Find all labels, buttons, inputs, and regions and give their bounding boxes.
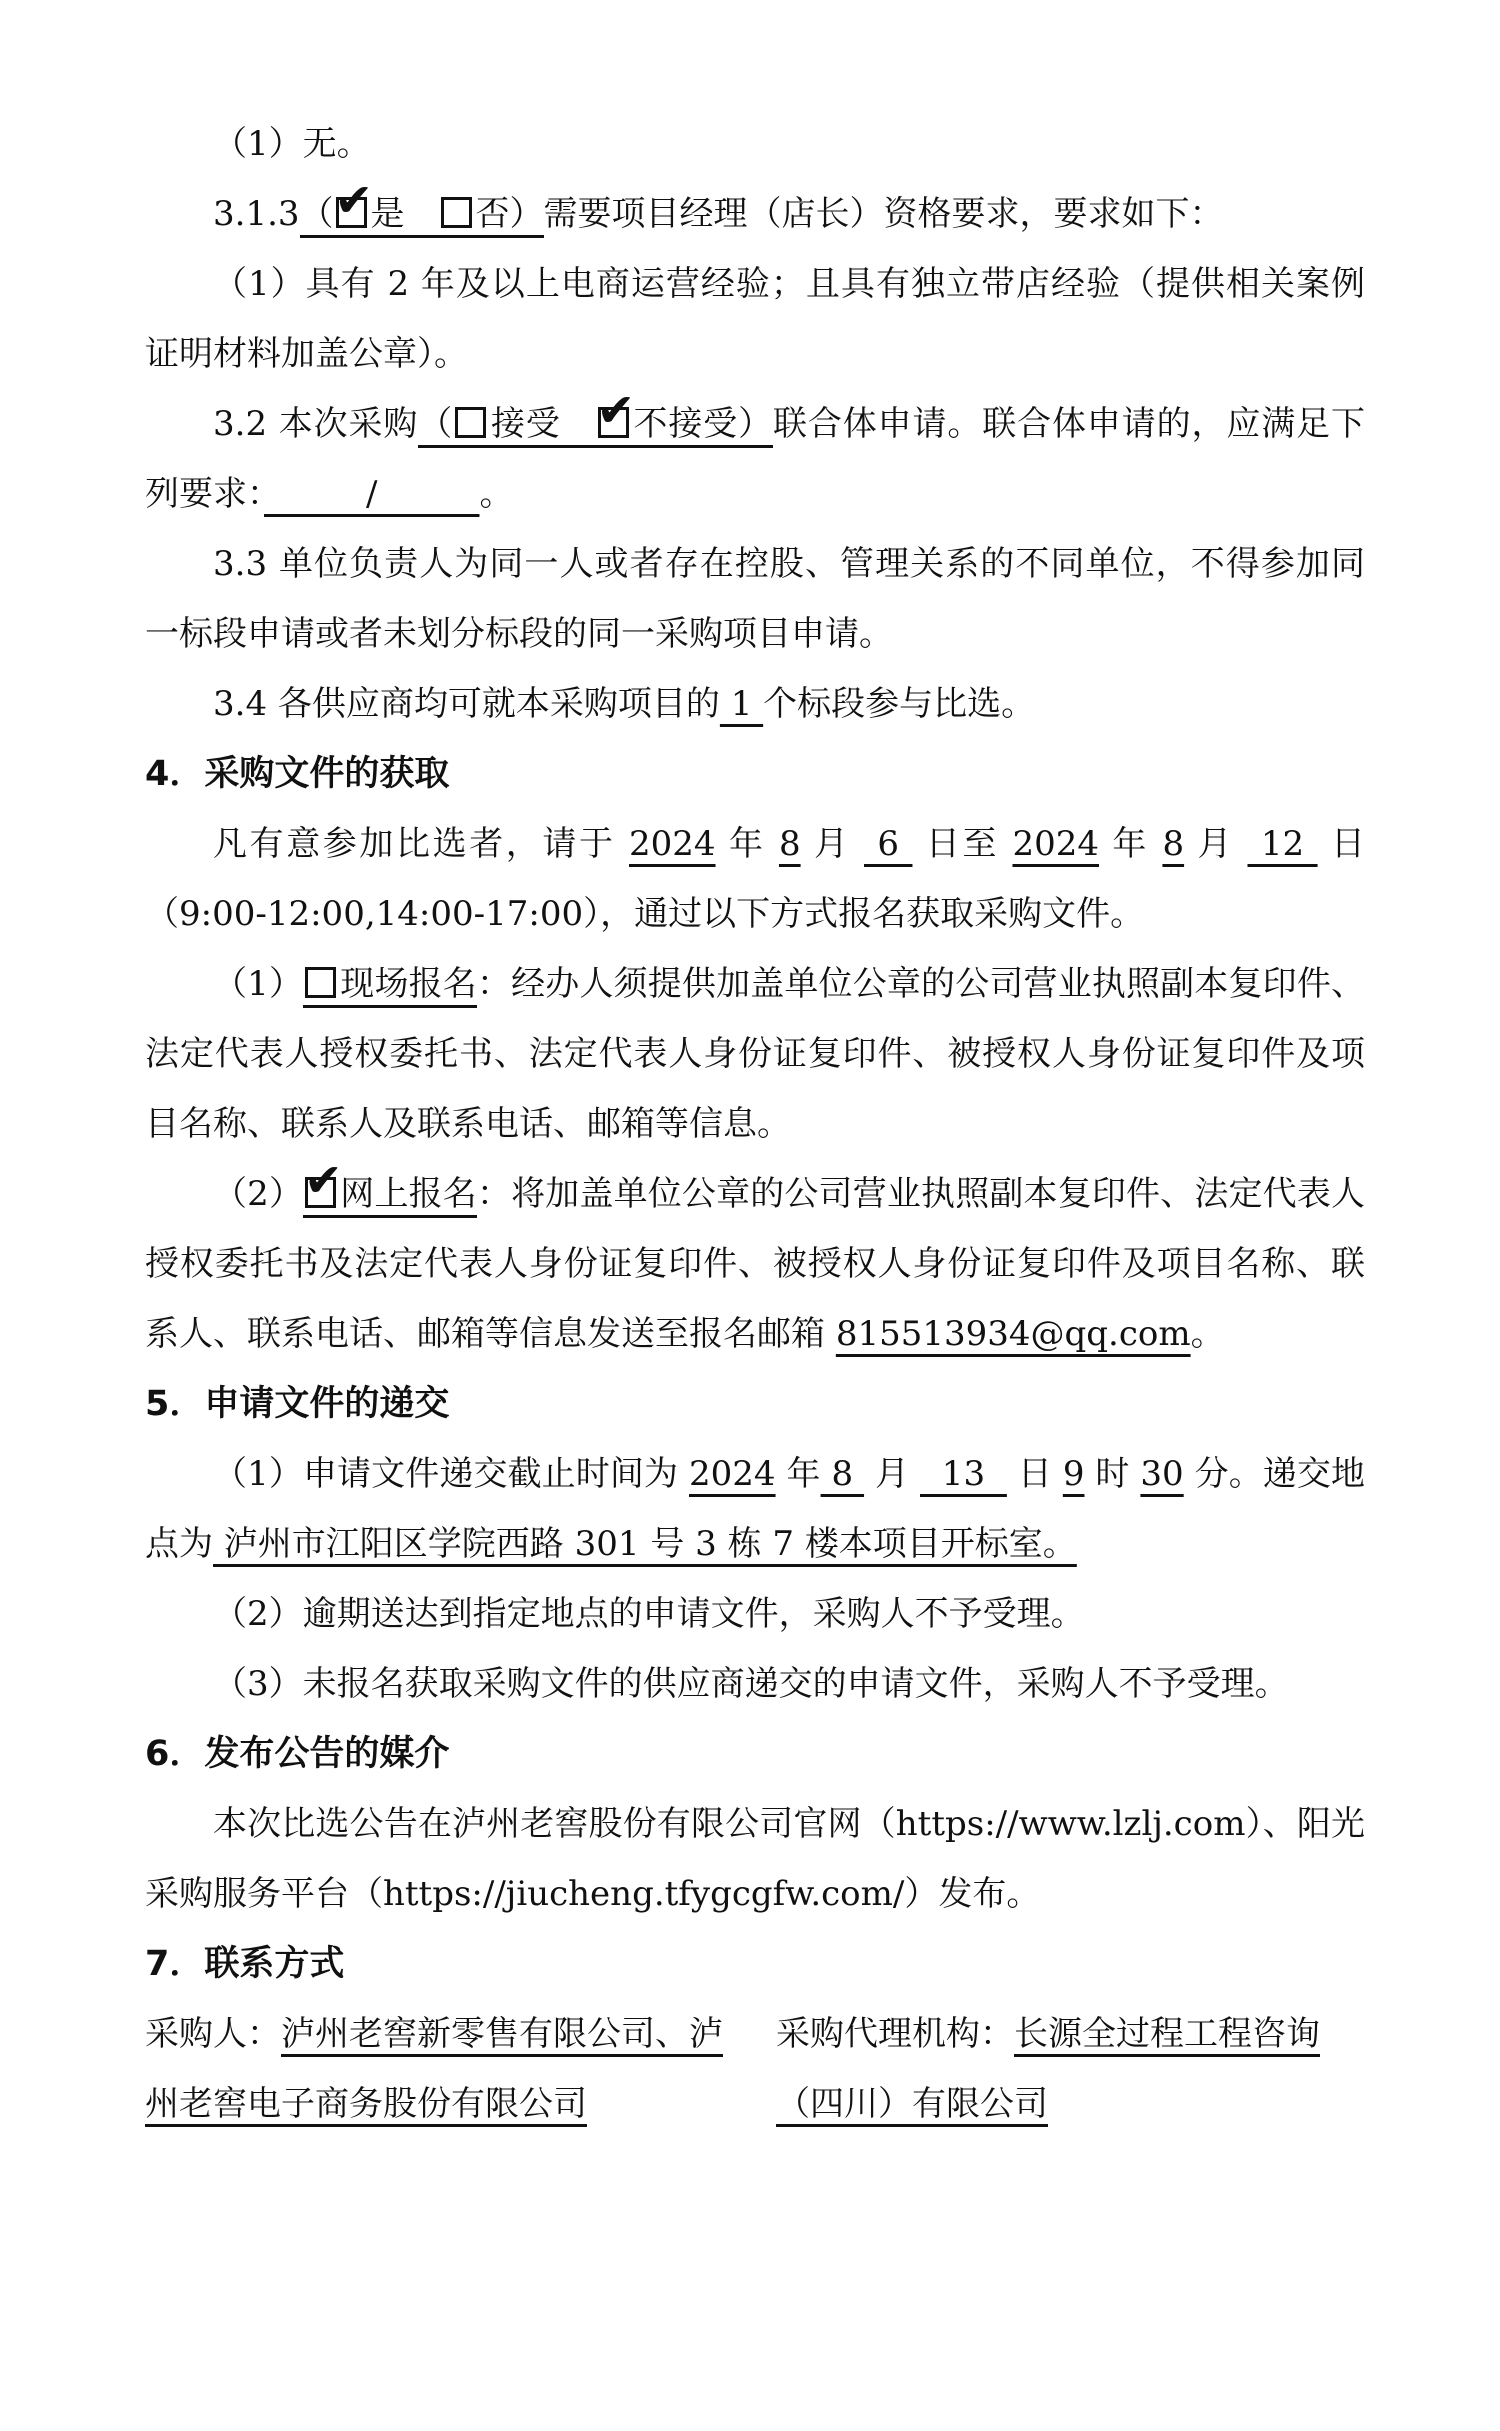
text-run: 3.2 本次采购 [213, 404, 418, 444]
text-run: 需要项目经理（店长）资格要求，要求如下： [544, 194, 1224, 234]
text-run: （1） [213, 964, 303, 1004]
underlined-text-run: 泸州市江阳区学院西路 301 号 3 栋 7 楼本项目开标室。 [213, 1524, 1077, 1564]
text-run: 是 [371, 194, 439, 234]
text-run: 本次比选公告在泸州老窖股份有限公司官网（https://www.lzlj.com… [145, 1804, 1365, 1914]
text-run: 。 [1191, 1314, 1225, 1354]
checkbox-unchecked-icon [441, 197, 472, 228]
clause-item-none: （1）无。 [145, 109, 1365, 179]
text-run: 年 [776, 1454, 821, 1494]
text-run: 日 [1007, 1454, 1063, 1494]
text-run: （1）申请文件递交截止时间为 [213, 1454, 689, 1494]
text-run: 7．联系方式 [145, 1944, 344, 1984]
underlined-text-run: 8 [1162, 824, 1184, 864]
clause-3-2: 3.2 本次采购（接受 ✔不接受）联合体申请。联合体申请的，应满足下列要求： /… [145, 389, 1365, 529]
text-run: 。 [479, 474, 513, 514]
text-run: （1）具有 2 年及以上电商运营经验；且具有独立带店经验（提供相关案例证明材料加… [145, 264, 1365, 374]
clause-3-1-3: 3.1.3（✔是 否）需要项目经理（店长）资格要求，要求如下： [145, 179, 1365, 249]
section-6-heading: 6．发布公告的媒介 [145, 1719, 1365, 1789]
agency-label: 采购代理机构： [776, 2014, 1014, 2054]
agency-field: 采购代理机构：长源全过程工程咨询（四川）有限公司 [776, 1999, 1341, 2139]
underlined-text-run: 2024 [1012, 824, 1099, 864]
text-run: 3.4 各供应商均可就本采购项目的 [213, 684, 720, 724]
text-run: 年 [1099, 824, 1162, 864]
underlined-group: 现场报名 [303, 964, 477, 1008]
underlined-group: ✔网上报名 [303, 1174, 477, 1218]
text-run: （2）逾期送达到指定地点的申请文件，采购人不予受理。 [213, 1594, 1085, 1634]
purchaser-field: 采购人：泸州老窖新零售有限公司、泸州老窖电子商务股份有限公司 [145, 1999, 735, 2139]
clause-3-3: 3.3 单位负责人为同一人或者存在控股、管理关系的不同单位，不得参加同一标段申请… [145, 529, 1365, 669]
text-run: 4．采购文件的获取 [145, 754, 449, 794]
text-run: 个标段参与比选。 [763, 684, 1035, 724]
section-4-heading: 4．采购文件的获取 [145, 739, 1365, 809]
text-run: 现场报名 [340, 964, 477, 1004]
registration-onsite: （1）现场报名：经办人须提供加盖单位公章的公司营业执照副本复印件、法定代表人授权… [145, 949, 1365, 1159]
announcement-media: 本次比选公告在泸州老窖股份有限公司官网（https://www.lzlj.com… [145, 1789, 1365, 1929]
text-run: 月 [864, 1454, 920, 1494]
underlined-group: （接受 ✔不接受） [418, 404, 773, 448]
checkbox-checked-icon: ✔ [598, 407, 629, 438]
submission-deadline: （1）申请文件递交截止时间为 2024 年 8 月 13 日 9 时 30 分。… [145, 1439, 1365, 1579]
text-run: 3.3 单位负责人为同一人或者存在控股、管理关系的不同单位，不得参加同一标段申请… [145, 544, 1365, 654]
checkbox-checked-icon: ✔ [336, 197, 367, 228]
underlined-text-run: 9 [1063, 1454, 1085, 1494]
text-run: 不接受） [633, 404, 773, 444]
underlined-text-run: 815513934@qq.com [836, 1314, 1191, 1354]
text-run: 否） [476, 194, 544, 234]
text-run: （3）未报名获取采购文件的供应商递交的申请文件，采购人不予受理。 [213, 1664, 1289, 1704]
purchaser-label: 采购人： [145, 2014, 281, 2054]
underlined-text-run: 30 [1140, 1454, 1183, 1494]
text-run: （2） [213, 1174, 303, 1214]
registration-online: （2）✔网上报名：将加盖单位公章的公司营业执照副本复印件、法定代表人授权委托书及… [145, 1159, 1365, 1369]
checkbox-unchecked-icon [455, 407, 486, 438]
document-body: （1）无。3.1.3（✔是 否）需要项目经理（店长）资格要求，要求如下：（1）具… [145, 109, 1365, 1999]
underlined-group: （✔是 否） [300, 194, 544, 238]
underlined-text-run: / [264, 474, 479, 514]
text-run: （1）无。 [213, 124, 371, 164]
text-run: （ [418, 404, 453, 444]
text-run: 6．发布公告的媒介 [145, 1734, 449, 1774]
text-run: 年 [716, 824, 779, 864]
text-run: 日至 [912, 824, 1012, 864]
underlined-text-run: 13 [920, 1454, 1007, 1494]
submission-late: （2）逾期送达到指定地点的申请文件，采购人不予受理。 [145, 1579, 1365, 1649]
section-5-heading: 5．申请文件的递交 [145, 1369, 1365, 1439]
check-mark-icon: ✔ [597, 387, 636, 433]
underlined-text-run: 6 [864, 824, 912, 864]
text-run: 凡有意参加比选者，请于 [213, 824, 629, 864]
submission-unregistered: （3）未报名获取采购文件的供应商递交的申请文件，采购人不予受理。 [145, 1649, 1365, 1719]
text-run: 5．申请文件的递交 [145, 1384, 449, 1424]
text-run: 月 [1184, 824, 1247, 864]
clause-3-1-3-item-1: （1）具有 2 年及以上电商运营经验；且具有独立带店经验（提供相关案例证明材料加… [145, 249, 1365, 389]
text-run: 网上报名 [340, 1174, 477, 1214]
text-run: 接受 [490, 404, 596, 444]
document-page: （1）无。3.1.3（✔是 否）需要项目经理（店长）资格要求，要求如下：（1）具… [0, 0, 1500, 2431]
text-run: 月 [801, 824, 864, 864]
text-run: 时 [1084, 1454, 1140, 1494]
checkbox-unchecked-icon [305, 967, 336, 998]
clause-3-4: 3.4 各供应商均可就本采购项目的 1 个标段参与比选。 [145, 669, 1365, 739]
text-run: （ [300, 194, 334, 234]
section-4-intro: 凡有意参加比选者，请于 2024 年 8 月 6 日至 2024 年 8 月 1… [145, 809, 1365, 949]
contact-block: 采购人：泸州老窖新零售有限公司、泸州老窖电子商务股份有限公司 采购代理机构：长源… [145, 1999, 1365, 2139]
text-run: 3.1.3 [213, 194, 300, 234]
underlined-text-run: 8 [779, 824, 801, 864]
check-mark-icon: ✔ [335, 177, 374, 223]
underlined-text-run: 2024 [689, 1454, 776, 1494]
underlined-text-run: 12 [1248, 824, 1318, 864]
section-7-heading: 7．联系方式 [145, 1929, 1365, 1999]
underlined-text-run: 8 [821, 1454, 864, 1494]
checkbox-checked-icon: ✔ [305, 1177, 336, 1208]
underlined-text-run: 1 [720, 684, 763, 724]
check-mark-icon: ✔ [304, 1157, 343, 1203]
underlined-text-run: 2024 [629, 824, 716, 864]
